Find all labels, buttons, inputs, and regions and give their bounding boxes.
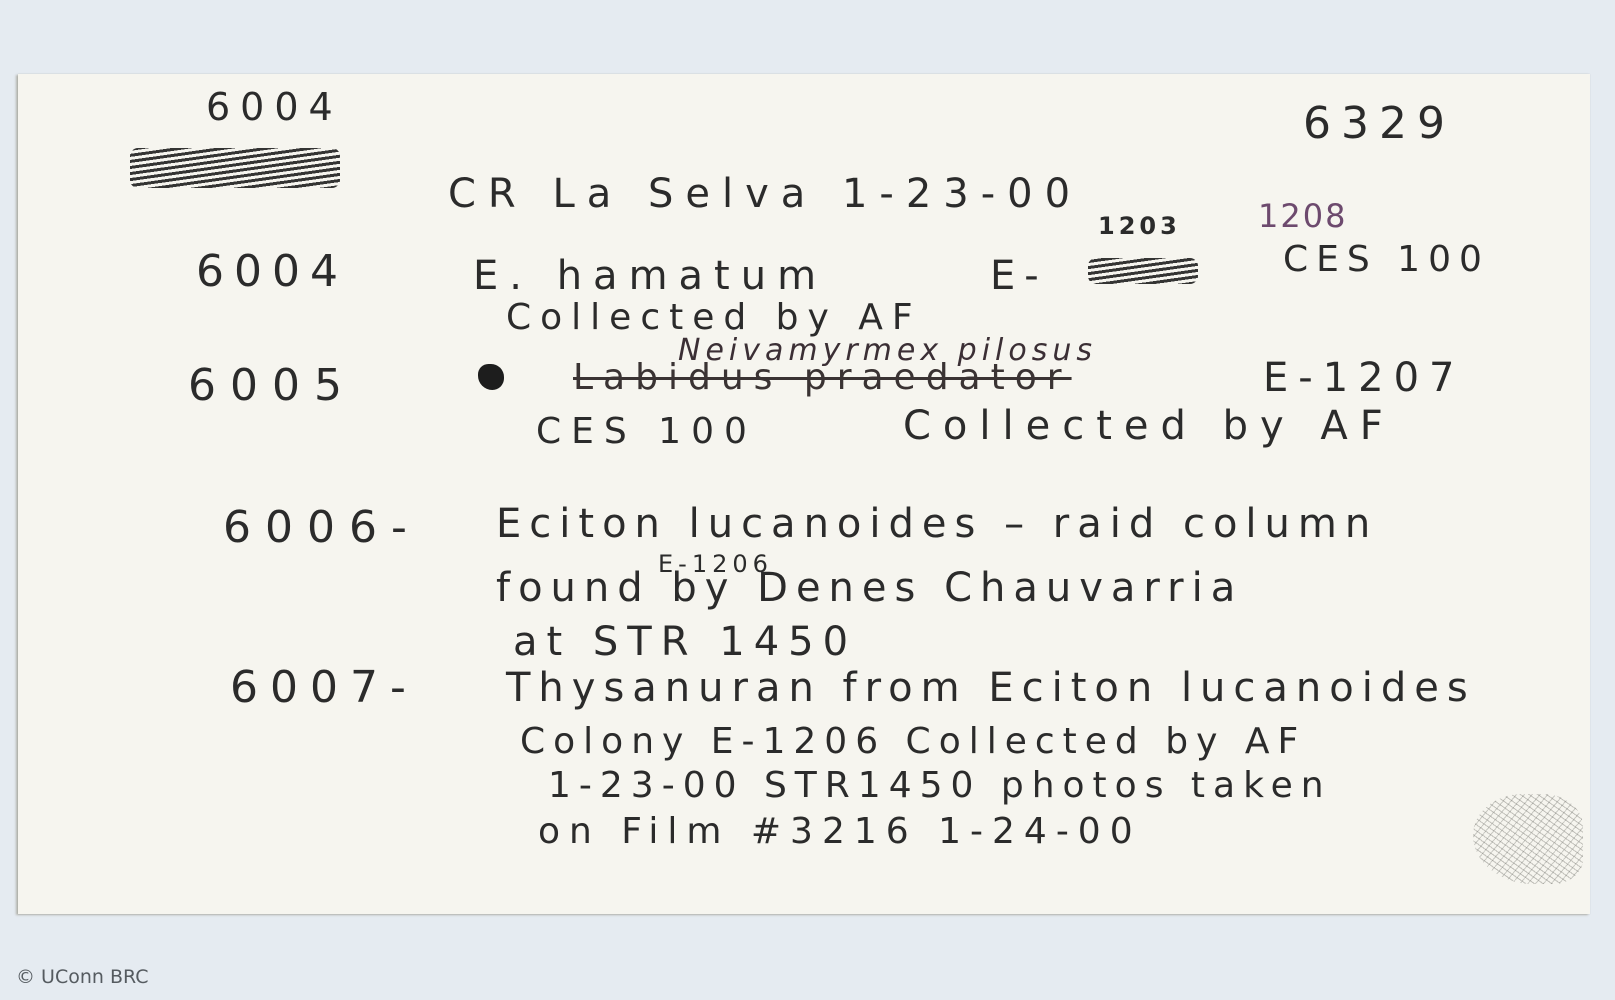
entry-6005-number: 6005 — [188, 364, 356, 408]
entry-6005-collector: Collected by AF — [903, 406, 1395, 446]
entry-6004-colony-prefix: E- — [990, 256, 1048, 296]
entry-6007-line4: on Film #3216 1-24-00 — [538, 814, 1142, 850]
entry-6004-purple-colony: 1208 — [1258, 200, 1347, 232]
top-right-number: 6329 — [1303, 102, 1455, 146]
specimen-label-card: 6004 6329 CR La Selva 1-23-00 6004 E. ha… — [18, 74, 1590, 914]
entry-6004-number: 6004 — [196, 250, 348, 294]
entry-6007-line2: Colony E-1206 Collected by AF — [520, 724, 1306, 760]
entry-6004-colony-scribble — [1088, 258, 1198, 284]
entry-6006-line1: Eciton lucanoides – raid column — [496, 504, 1378, 544]
entry-6004-collector: Collected by AF — [506, 300, 922, 336]
scribbled-out-text — [130, 148, 340, 188]
entry-6005-site: CES 100 — [536, 414, 757, 450]
entry-6006-line2: found by Denes Chauvarria — [496, 568, 1243, 608]
copyright-credit: © UConn BRC — [16, 966, 149, 988]
entry-6007-line1: Thysanuran from Eciton lucanoides — [506, 668, 1476, 708]
ink-blot — [478, 364, 504, 390]
entry-6007-line3: 1-23-00 STR1450 photos taken — [548, 768, 1332, 804]
entry-6006-number: 6006- — [223, 506, 421, 550]
entry-6005-colony: E-1207 — [1263, 358, 1465, 398]
pencil-smudge — [1473, 794, 1583, 884]
entry-6006-line3: at STR 1450 — [513, 622, 857, 662]
entry-6004-colony-correction: 1203 — [1098, 214, 1181, 238]
entry-6005-inserted-species: Neivamyrmex pilosus — [678, 336, 1097, 366]
entry-6004-site: CES 100 — [1283, 242, 1490, 278]
top-left-number: 6004 — [206, 88, 343, 126]
entry-6007-number: 6007- — [230, 666, 418, 710]
locality-date-header: CR La Selva 1-23-00 — [448, 174, 1082, 214]
entry-6004-species: E. hamatum — [473, 256, 827, 296]
